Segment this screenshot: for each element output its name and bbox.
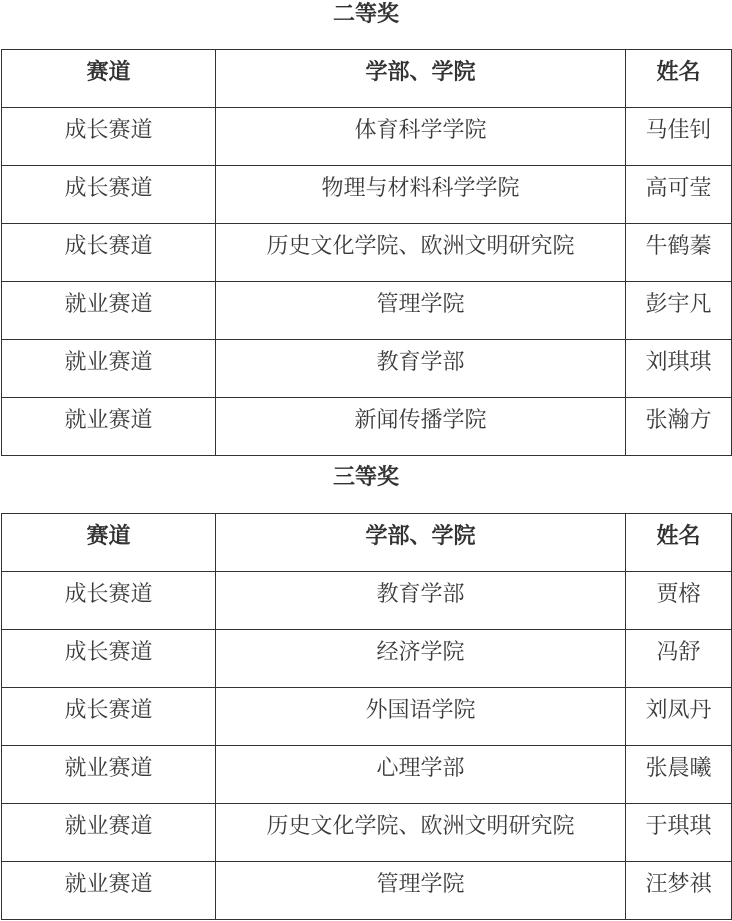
cell-name: 牛鹤蓁 (626, 224, 732, 282)
cell-name: 张瀚方 (626, 398, 732, 456)
cell-name: 汪梦祺 (626, 862, 732, 920)
cell-track: 就业赛道 (2, 340, 216, 398)
header-track: 赛道 (2, 50, 216, 108)
table-header-row: 赛道 学部、学院 姓名 (2, 50, 732, 108)
table-row: 就业赛道 管理学院 彭宇凡 (2, 282, 732, 340)
cell-track: 就业赛道 (2, 746, 216, 804)
header-name: 姓名 (626, 50, 732, 108)
table-row: 就业赛道 历史文化学院、欧洲文明研究院 于琪琪 (2, 804, 732, 862)
cell-track: 就业赛道 (2, 862, 216, 920)
cell-name: 张晨曦 (626, 746, 732, 804)
cell-dept: 历史文化学院、欧洲文明研究院 (216, 804, 626, 862)
table-row: 成长赛道 经济学院 冯舒 (2, 630, 732, 688)
table-row: 就业赛道 管理学院 汪梦祺 (2, 862, 732, 920)
cell-track: 成长赛道 (2, 166, 216, 224)
cell-dept: 体育科学学院 (216, 108, 626, 166)
table-row: 就业赛道 新闻传播学院 张瀚方 (2, 398, 732, 456)
cell-name: 马佳钊 (626, 108, 732, 166)
cell-name: 贾榕 (626, 572, 732, 630)
table-row: 成长赛道 体育科学学院 马佳钊 (2, 108, 732, 166)
table-header-row: 赛道 学部、学院 姓名 (2, 514, 732, 572)
cell-dept: 物理与材料科学学院 (216, 166, 626, 224)
table-row: 就业赛道 教育学部 刘琪琪 (2, 340, 732, 398)
table-row: 就业赛道 心理学部 张晨曦 (2, 746, 732, 804)
cell-track: 就业赛道 (2, 398, 216, 456)
cell-name: 于琪琪 (626, 804, 732, 862)
cell-dept: 管理学院 (216, 862, 626, 920)
cell-track: 成长赛道 (2, 688, 216, 746)
cell-track: 就业赛道 (2, 282, 216, 340)
second-prize-table: 赛道 学部、学院 姓名 成长赛道 体育科学学院 马佳钊 成长赛道 物理与材料科学… (1, 49, 732, 456)
cell-track: 成长赛道 (2, 572, 216, 630)
section-title-third-prize: 三等奖 (0, 463, 732, 493)
cell-track: 成长赛道 (2, 630, 216, 688)
table-row: 成长赛道 教育学部 贾榕 (2, 572, 732, 630)
cell-name: 高可莹 (626, 166, 732, 224)
table-row: 成长赛道 历史文化学院、欧洲文明研究院 牛鹤蓁 (2, 224, 732, 282)
cell-name: 刘凤丹 (626, 688, 732, 746)
section-title-second-prize: 二等奖 (0, 0, 732, 30)
cell-track: 成长赛道 (2, 224, 216, 282)
cell-dept: 历史文化学院、欧洲文明研究院 (216, 224, 626, 282)
cell-dept: 经济学院 (216, 630, 626, 688)
header-name: 姓名 (626, 514, 732, 572)
cell-name: 彭宇凡 (626, 282, 732, 340)
cell-dept: 管理学院 (216, 282, 626, 340)
cell-name: 冯舒 (626, 630, 732, 688)
cell-dept: 教育学部 (216, 572, 626, 630)
cell-dept: 外国语学院 (216, 688, 626, 746)
cell-name: 刘琪琪 (626, 340, 732, 398)
header-dept: 学部、学院 (216, 50, 626, 108)
third-prize-table: 赛道 学部、学院 姓名 成长赛道 教育学部 贾榕 成长赛道 经济学院 冯舒 成长… (1, 513, 732, 920)
cell-dept: 教育学部 (216, 340, 626, 398)
header-dept: 学部、学院 (216, 514, 626, 572)
cell-dept: 新闻传播学院 (216, 398, 626, 456)
cell-track: 成长赛道 (2, 108, 216, 166)
table-row: 成长赛道 物理与材料科学学院 高可莹 (2, 166, 732, 224)
cell-dept: 心理学部 (216, 746, 626, 804)
header-track: 赛道 (2, 514, 216, 572)
cell-track: 就业赛道 (2, 804, 216, 862)
table-row: 成长赛道 外国语学院 刘凤丹 (2, 688, 732, 746)
